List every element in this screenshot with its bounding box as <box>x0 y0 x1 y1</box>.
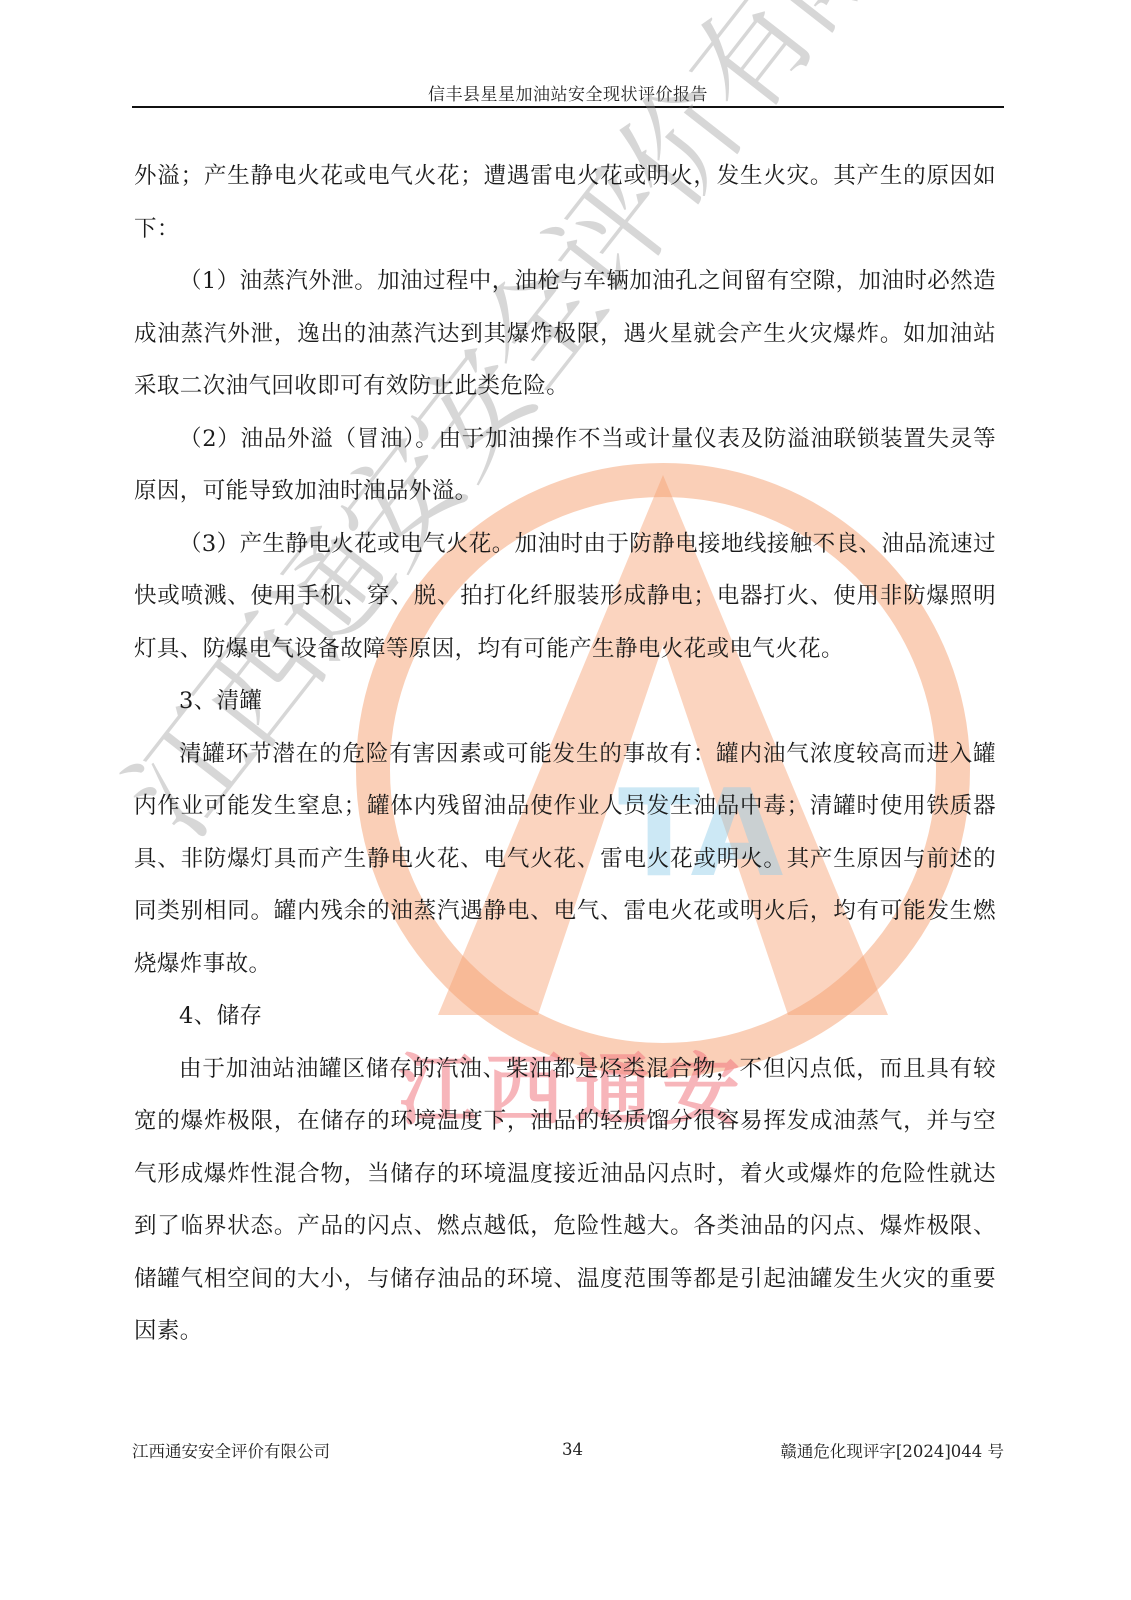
section-heading: 3、清罐 <box>134 675 996 728</box>
paragraph: 清罐环节潜在的危险有害因素或可能发生的事故有：罐内油气浓度较高而进入罐内作业可能… <box>134 728 996 991</box>
document-page: 信丰县星星加油站安全现状评价报告 TA 江西通安 江西通安安全评价有限公司 外溢… <box>0 0 1131 1600</box>
footer-company: 江西通安安全评价有限公司 <box>132 1438 330 1462</box>
paragraph: （2）油品外溢（冒油）。由于加油操作不当或计量仪表及防溢油联锁装置失灵等原因，可… <box>134 413 996 518</box>
document-body: 外溢；产生静电火花或电气火花；遭遇雷电火花或明火，发生火灾。其产生的原因如下： … <box>134 150 996 1358</box>
paragraph: 外溢；产生静电火花或电气火花；遭遇雷电火花或明火，发生火灾。其产生的原因如下： <box>134 150 996 255</box>
section-heading: 4、储存 <box>134 990 996 1043</box>
paragraph: （1）油蒸汽外泄。加油过程中，油枪与车辆加油孔之间留有空隙，加油时必然造成油蒸汽… <box>134 255 996 413</box>
header-divider <box>132 106 1004 108</box>
header-title: 信丰县星星加油站安全现状评价报告 <box>132 80 1004 105</box>
paragraph: （3）产生静电火花或电气火花。加油时由于防静电接地线接触不良、油品流速过快或喷溅… <box>134 518 996 676</box>
paragraph: 由于加油站油罐区储存的汽油、柴油都是烃类混合物，不但闪点低，而且具有较宽的爆炸极… <box>134 1043 996 1358</box>
page-number: 34 <box>562 1440 583 1459</box>
footer-doc-number: 赣通危化现评字[2024]044 号 <box>780 1438 1004 1462</box>
